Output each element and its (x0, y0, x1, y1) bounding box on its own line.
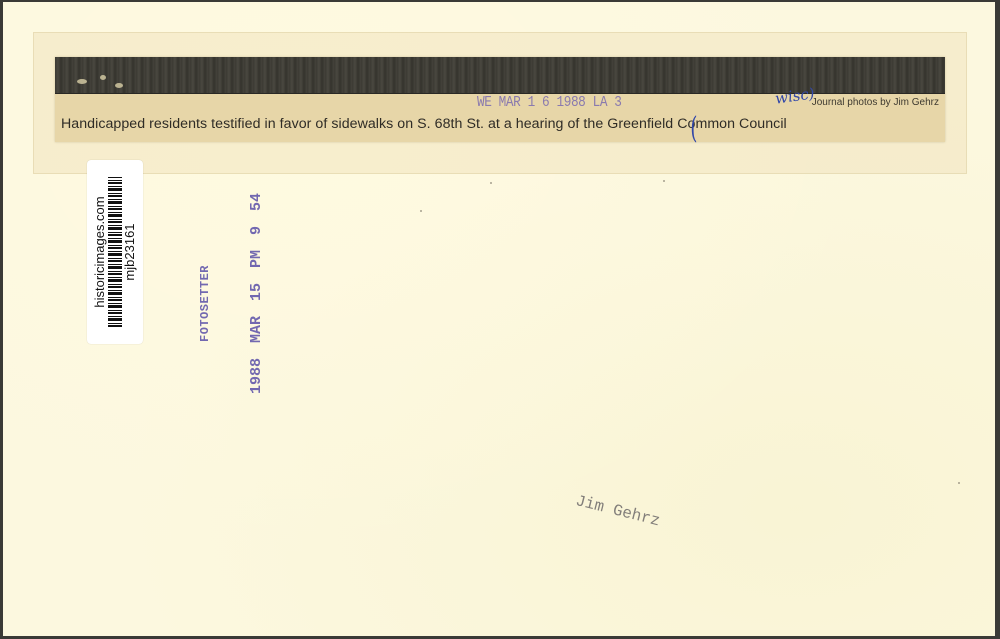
handwritten-note: wisc) (774, 84, 816, 107)
newspaper-clipping: WE MAR 1 6 1988 LA 3 Journal photos by J… (55, 57, 945, 142)
barcode-icon (108, 177, 122, 327)
speck (958, 482, 960, 484)
speck (490, 182, 492, 184)
photographer-stamp: Jim Gehrz (574, 492, 662, 530)
label-site: historicimages.com (93, 196, 107, 307)
handwritten-paren: ( (690, 111, 697, 146)
received-stamp: 1988 MAR 15 PM 9 54 (248, 193, 265, 394)
photo-highlight (115, 83, 123, 88)
photo-credit: Journal photos by Jim Gehrz (812, 97, 939, 108)
speck (420, 210, 422, 212)
photo-back: WE MAR 1 6 1988 LA 3 Journal photos by J… (3, 2, 995, 636)
fotosetter-stamp: FOTOSETTER (198, 265, 212, 342)
caption: Handicapped residents testified in favor… (61, 116, 787, 132)
photo-highlight (100, 75, 106, 80)
barcode-label: historicimages.com mjb23161 (87, 160, 143, 344)
label-id: mjb23161 (123, 223, 137, 280)
speck (663, 180, 665, 182)
date-stamp: WE MAR 1 6 1988 LA 3 (477, 94, 622, 111)
photo-highlight (77, 79, 87, 84)
